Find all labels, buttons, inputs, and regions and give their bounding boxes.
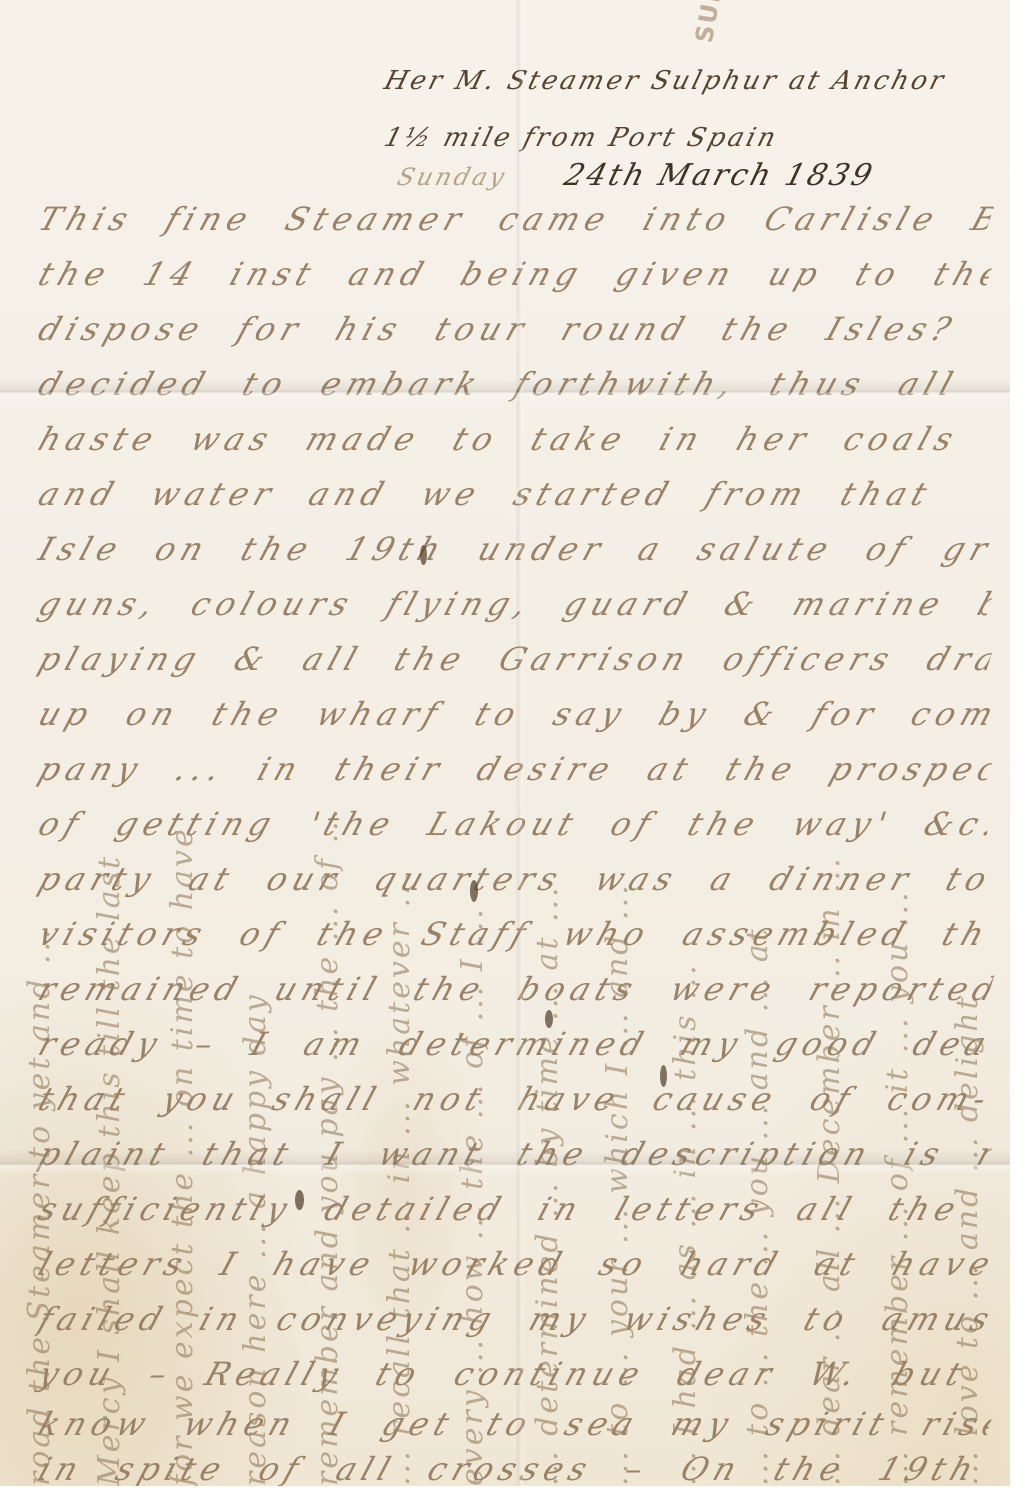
fold-crease bbox=[0, 378, 1010, 404]
fold-crease bbox=[515, 0, 525, 1486]
header-date: 24th March 1839 bbox=[560, 158, 878, 193]
fold-crease bbox=[0, 1150, 1010, 1176]
letter-paper: road the Steamer to yet and ... Mercy I … bbox=[0, 0, 1010, 1486]
ink-blot bbox=[420, 545, 427, 565]
ink-blot bbox=[470, 880, 478, 902]
header-location: 1½ mile from Port Spain bbox=[381, 123, 782, 153]
ink-blot bbox=[295, 1190, 304, 1210]
header-vessel: Her M. Steamer Sulphur at Anchor bbox=[381, 66, 950, 96]
ink-blot bbox=[545, 1010, 553, 1028]
header-day: Sunday bbox=[394, 163, 510, 191]
ink-blot bbox=[660, 1065, 667, 1087]
